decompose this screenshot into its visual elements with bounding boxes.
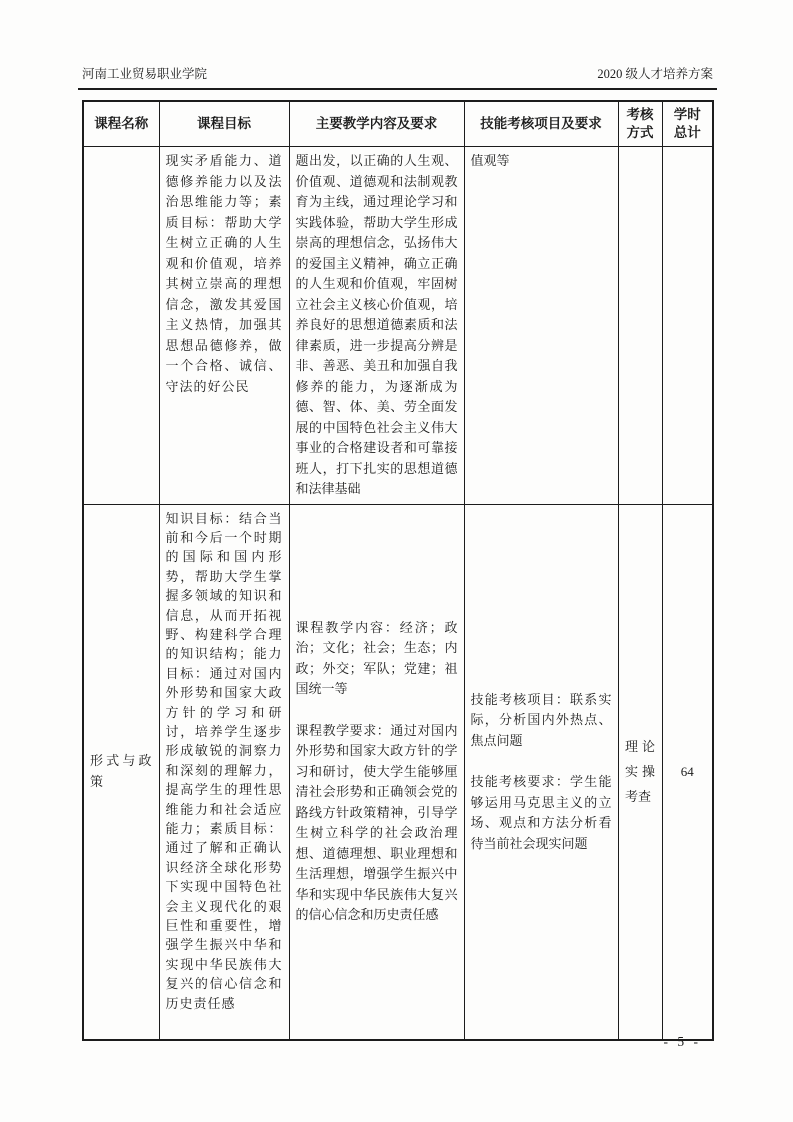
header-school-name: 河南工业贸易职业学院: [82, 66, 207, 82]
cell-skill-assessment: 值观等: [464, 147, 618, 505]
teaching-content-text: 题出发，以正确的人生观、价值观、道德观和法制观教育为主线，通过理论学习和实践体验…: [296, 151, 458, 500]
course-objectives-text: 知识目标：结合当前和今后一个时期的国际和国内形势，帮助大学生掌握多领域的知识和信…: [166, 509, 283, 1014]
column-header-assessment-method: 考核方式: [618, 101, 662, 147]
skill-assessment-text: 值观等: [471, 151, 612, 172]
cell-skill-assessment: 技能考核项目：联系实际，分析国内外热点、焦点问题 技能考核要求：学生能够运用马克…: [464, 504, 618, 1040]
cell-total-hours: 64: [662, 504, 713, 1040]
cell-course-objectives: 现实矛盾能力、道德修养能力以及法治思维能力等；素质目标：帮助大学生树立正确的人生…: [159, 147, 289, 505]
cell-assessment-method: [618, 147, 662, 505]
course-name-text: 形式与政策: [90, 751, 153, 792]
document-page: 河南工业贸易职业学院 2020 级人才培养方案 课程名称 课程目标 主要教学内容…: [0, 0, 793, 1122]
header-program-title: 2020 级人才培养方案: [597, 66, 713, 82]
column-header-total-hours: 学时总计: [662, 101, 713, 147]
table-row-continued-course: 现实矛盾能力、道德修养能力以及法治思维能力等；素质目标：帮助大学生树立正确的人生…: [83, 147, 713, 505]
skill-assessment-requirement-paragraph: 技能考核要求：学生能够运用马克思主义的立场、观点和方法分析看待当前社会现实问题: [471, 772, 612, 854]
table-row-situation-policy-course: 形式与政策 知识目标：结合当前和今后一个时期的国际和国内形势，帮助大学生掌握多领…: [83, 504, 713, 1040]
curriculum-table: 课程名称 课程目标 主要教学内容及要求 技能考核项目及要求 考核方式 学时总计 …: [82, 100, 714, 1041]
column-header-course-name: 课程名称: [83, 101, 159, 147]
column-header-objectives: 课程目标: [159, 101, 289, 147]
cell-course-name: 形式与政策: [83, 504, 159, 1040]
column-header-skill-assessment: 技能考核项目及要求: [464, 101, 618, 147]
teaching-requirements-paragraph: 课程教学要求：通过对国内外形势和国家大政方针的学习和研讨，使大学生能够厘清社会形…: [296, 721, 458, 926]
header-divider: [78, 88, 717, 90]
column-header-teaching-content: 主要教学内容及要求: [289, 101, 464, 147]
skill-assessment-item-paragraph: 技能考核项目：联系实际，分析国内外热点、焦点问题: [471, 690, 612, 752]
course-objectives-text: 现实矛盾能力、道德修养能力以及法治思维能力等；素质目标：帮助大学生树立正确的人生…: [166, 151, 283, 397]
cell-course-name: [83, 147, 159, 505]
total-hours-header-label: 学时总计: [672, 106, 702, 142]
cell-teaching-content: 题出发，以正确的人生观、价值观、道德观和法制观教育为主线，通过理论学习和实践体验…: [289, 147, 464, 505]
assessment-method-header-label: 考核方式: [625, 106, 655, 142]
document-header: 河南工业贸易职业学院 2020 级人才培养方案: [82, 66, 713, 82]
table-header-row: 课程名称 课程目标 主要教学内容及要求 技能考核项目及要求 考核方式 学时总计: [83, 101, 713, 147]
assessment-method-text: 理论实操考查: [625, 734, 655, 809]
cell-assessment-method: 理论实操考查: [618, 504, 662, 1040]
cell-course-objectives: 知识目标：结合当前和今后一个时期的国际和国内形势，帮助大学生掌握多领域的知识和信…: [159, 504, 289, 1040]
page-number: - 5 -: [664, 1034, 702, 1050]
cell-teaching-content: 课程教学内容：经济；政治；文化；社会；生态；内政；外交；军队；党建；祖国统一等 …: [289, 504, 464, 1040]
teaching-content-paragraph: 课程教学内容：经济；政治；文化；社会；生态；内政；外交；军队；党建；祖国统一等: [296, 618, 458, 700]
cell-total-hours: [662, 147, 713, 505]
